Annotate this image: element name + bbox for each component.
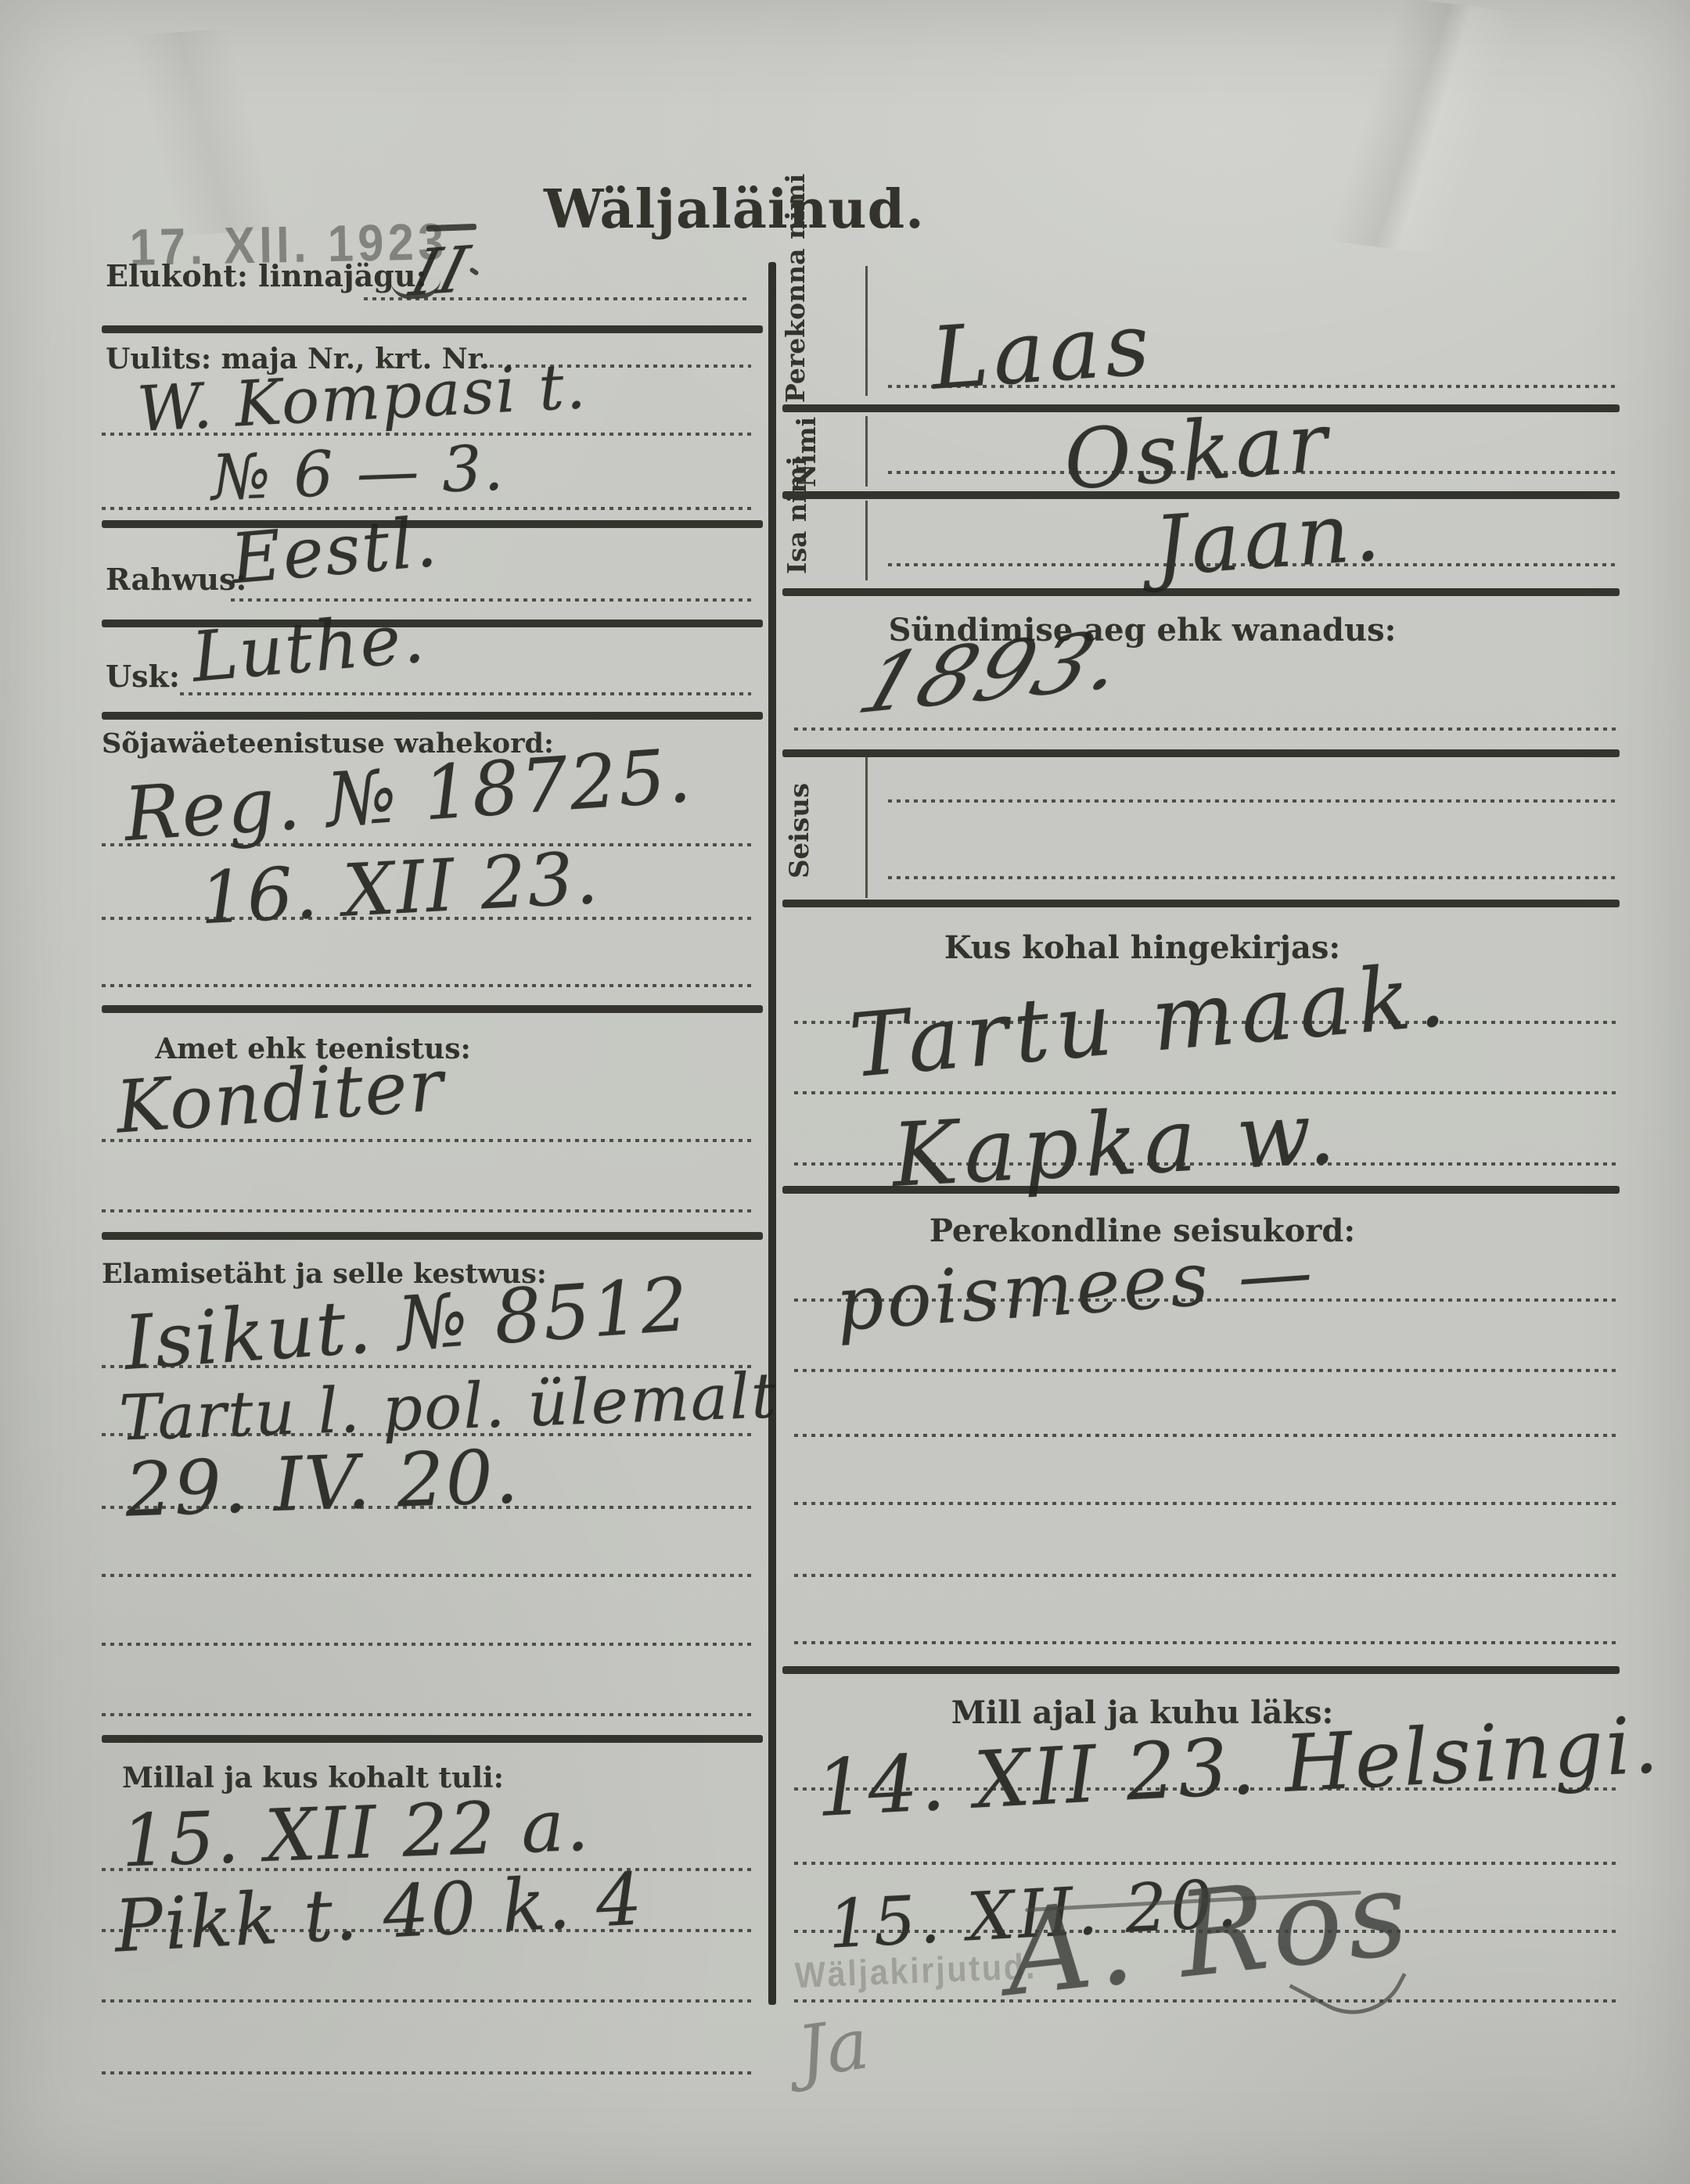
section-divider bbox=[102, 1005, 763, 1013]
label-separator-line bbox=[865, 756, 868, 898]
perekonna-nimi-value: Laas bbox=[928, 293, 1157, 409]
writing-line bbox=[794, 1574, 1616, 1577]
writing-line bbox=[888, 876, 1616, 879]
writing-line bbox=[102, 1999, 755, 2003]
elamisetaht-value-3: 29. IV. 20. bbox=[124, 1434, 521, 1534]
writing-line bbox=[794, 1299, 1616, 1302]
column-divider bbox=[768, 262, 776, 2005]
writing-line bbox=[888, 799, 1616, 803]
writing-line bbox=[794, 1369, 1616, 1372]
writing-line bbox=[364, 297, 751, 300]
writing-line bbox=[794, 1787, 1616, 1791]
writing-line bbox=[794, 1862, 1616, 1865]
writing-line bbox=[102, 1713, 755, 1716]
writing-line bbox=[102, 1506, 755, 1509]
writing-line bbox=[231, 598, 751, 602]
section-divider bbox=[782, 749, 1620, 757]
writing-line bbox=[102, 1574, 755, 1577]
writing-line bbox=[794, 1502, 1616, 1505]
perekonna-nimi-label: Perekonna nimi bbox=[781, 270, 861, 403]
writing-line bbox=[888, 471, 1616, 474]
isa-nimi-label: Isa nimi bbox=[782, 502, 861, 574]
section-divider bbox=[782, 588, 1620, 596]
label-separator-line bbox=[865, 416, 868, 487]
usk-label: Usk: bbox=[106, 659, 180, 694]
writing-line bbox=[888, 385, 1616, 388]
writing-line bbox=[794, 1434, 1616, 1437]
writing-line bbox=[102, 1209, 755, 1212]
writing-line bbox=[102, 917, 755, 920]
writing-line bbox=[794, 1641, 1616, 1644]
elukoht-label: Elukoht: linnajägu: bbox=[106, 258, 427, 293]
writing-line bbox=[794, 1999, 1616, 2003]
section-divider bbox=[102, 1735, 763, 1743]
label-separator-line bbox=[865, 266, 868, 396]
section-divider bbox=[782, 900, 1620, 907]
rahwus-label: Rahwus: bbox=[106, 562, 246, 597]
uulits-value-2: № 6 — 3. bbox=[210, 431, 505, 514]
writing-line bbox=[102, 984, 755, 987]
writing-line bbox=[102, 2071, 755, 2074]
scanned-registration-card: Wäljaläinud. 17. XII. 1923 Elukoht: linn… bbox=[0, 0, 1690, 2184]
writing-line bbox=[794, 1162, 1616, 1166]
section-divider bbox=[102, 712, 763, 720]
writing-line bbox=[102, 1433, 755, 1436]
pencil-note: Ja bbox=[793, 2003, 873, 2093]
writing-line bbox=[102, 1929, 755, 1932]
writing-line bbox=[888, 563, 1616, 566]
section-divider bbox=[102, 325, 763, 333]
page-title: Wäljaläinud. bbox=[544, 178, 912, 241]
writing-line bbox=[102, 1139, 755, 1142]
writing-line bbox=[794, 1021, 1616, 1024]
isa-nimi-value: Jaan. bbox=[1151, 483, 1386, 594]
seisus-label: Seisus bbox=[784, 768, 859, 893]
section-divider bbox=[782, 1186, 1620, 1194]
writing-line bbox=[102, 1643, 755, 1646]
section-divider bbox=[102, 1232, 763, 1240]
label-separator-line bbox=[865, 501, 868, 580]
writing-line bbox=[794, 727, 1616, 731]
writing-line bbox=[180, 692, 751, 695]
section-divider bbox=[782, 1666, 1620, 1674]
